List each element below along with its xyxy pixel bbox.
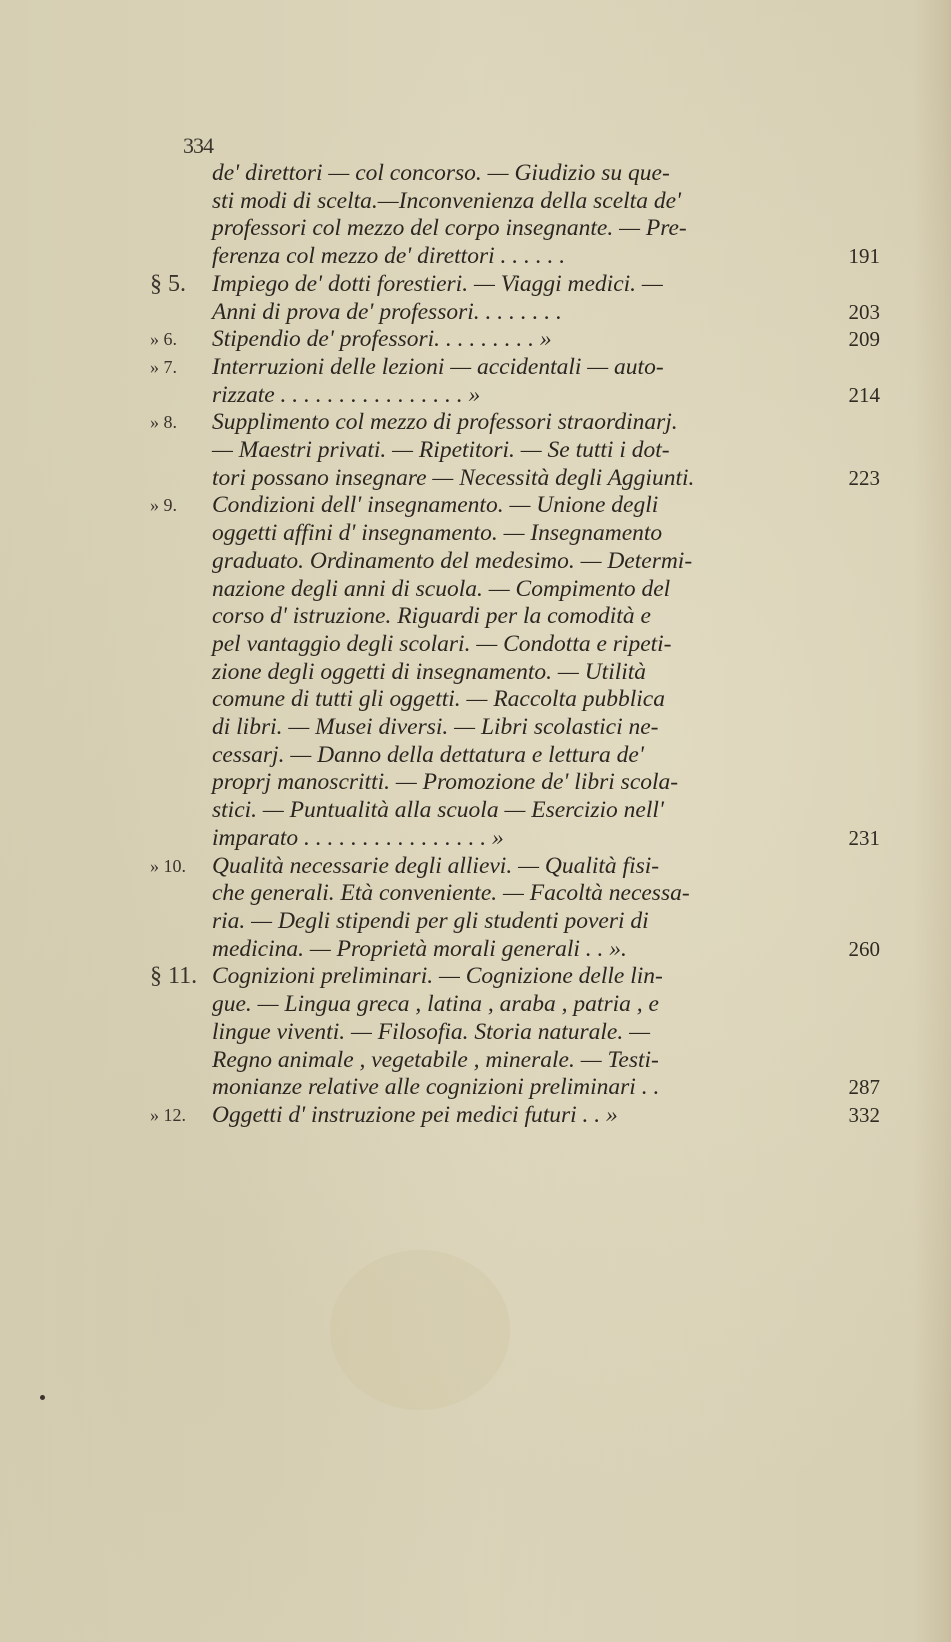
entry-page-ref: 191 bbox=[820, 243, 880, 271]
entry-line: — Maestri privati. — Ripetitori. — Se tu… bbox=[212, 437, 802, 465]
entry-line: stici. — Puntualità alla scuola — Eserci… bbox=[212, 797, 802, 825]
entry-marker: » 7. bbox=[150, 354, 210, 382]
entry-line: corso d' istruzione. Riguardi per la com… bbox=[212, 603, 802, 631]
entry-line: pel vantaggio degli scolari. — Condotta … bbox=[212, 631, 802, 659]
entry-page-ref: 332 bbox=[820, 1102, 880, 1130]
entry-line: Oggetti d' instruzione pei medici futuri… bbox=[212, 1102, 802, 1130]
entry-line: cessarj. — Danno della dettatura e lettu… bbox=[212, 742, 802, 770]
entry-marker: § 11. bbox=[150, 963, 210, 991]
entry-line: professori col mezzo del corpo insegnant… bbox=[212, 215, 802, 243]
entry-line: Supplimento col mezzo di professori stra… bbox=[212, 409, 802, 437]
entry-line: zione degli oggetti di insegnamento. — U… bbox=[212, 659, 802, 687]
paper-stain bbox=[330, 1250, 510, 1410]
toc-entry: » 10. Qualità necessarie degli allievi. … bbox=[150, 853, 880, 964]
entry-page-ref: 209 bbox=[820, 326, 880, 354]
entry-marker: » 10. bbox=[150, 853, 210, 881]
table-of-contents: de' direttori — col concorso. — Giudizio… bbox=[150, 160, 880, 1130]
entry-line: proprj manoscritti. — Promozione de' lib… bbox=[212, 769, 802, 797]
entry-line: Regno animale , vegetabile , minerale. —… bbox=[212, 1047, 802, 1075]
entry-line: sti modi di scelta.—Inconvenienza della … bbox=[212, 188, 802, 216]
entry-line: monianze relative alle cognizioni prelim… bbox=[212, 1074, 802, 1102]
page-number: 334 bbox=[183, 133, 213, 159]
ink-speck bbox=[40, 1395, 45, 1400]
entry-marker: » 6. bbox=[150, 326, 210, 354]
toc-entry: § 5. Impiego de' dotti forestieri. — Via… bbox=[150, 271, 880, 326]
entry-page-ref: 223 bbox=[820, 465, 880, 493]
entry-line: ferenza col mezzo de' direttori . . . . … bbox=[212, 243, 802, 271]
entry-line: tori possano insegnare — Necessità degli… bbox=[212, 465, 802, 493]
entry-line: rizzate . . . . . . . . . . . . . . . . … bbox=[212, 382, 802, 410]
book-page: 334 de' direttori — col concorso. — Giud… bbox=[0, 0, 951, 1642]
entry-page-ref: 231 bbox=[820, 825, 880, 853]
toc-entry: » 8. Supplimento col mezzo di professori… bbox=[150, 409, 880, 492]
entry-line: comune di tutti gli oggetti. — Raccolta … bbox=[212, 686, 802, 714]
entry-line: oggetti affini d' insegnamento. — Insegn… bbox=[212, 520, 802, 548]
entry-line: lingue viventi. — Filosofia. Storia natu… bbox=[212, 1019, 802, 1047]
entry-page-ref: 203 bbox=[820, 299, 880, 327]
entry-line: Anni di prova de' professori. . . . . . … bbox=[212, 299, 802, 327]
entry-marker: » 8. bbox=[150, 409, 210, 437]
entry-line: di libri. — Musei diversi. — Libri scola… bbox=[212, 714, 802, 742]
entry-line: gue. — Lingua greca , latina , araba , p… bbox=[212, 991, 802, 1019]
entry-line: de' direttori — col concorso. — Giudizio… bbox=[212, 160, 802, 188]
entry-line: graduato. Ordinamento del medesimo. — De… bbox=[212, 548, 802, 576]
entry-page-ref: 214 bbox=[820, 382, 880, 410]
entry-marker: § 5. bbox=[150, 271, 210, 299]
entry-line: Condizioni dell' insegnamento. — Unione … bbox=[212, 492, 802, 520]
entry-line: imparato . . . . . . . . . . . . . . . .… bbox=[212, 825, 802, 853]
entry-page-ref: 260 bbox=[820, 936, 880, 964]
entry-line: Impiego de' dotti forestieri. — Viaggi m… bbox=[212, 271, 802, 299]
entry-line: medicina. — Proprietà morali generali . … bbox=[212, 936, 802, 964]
entry-line: Interruzioni delle lezioni — accidentali… bbox=[212, 354, 802, 382]
toc-entry: » 9. Condizioni dell' insegnamento. — Un… bbox=[150, 492, 880, 852]
entry-line: Qualità necessarie degli allievi. — Qual… bbox=[212, 853, 802, 881]
toc-entry: de' direttori — col concorso. — Giudizio… bbox=[150, 160, 880, 271]
toc-entry: » 12. Oggetti d' instruzione pei medici … bbox=[150, 1102, 880, 1130]
entry-line: ria. — Degli stipendi per gli studenti p… bbox=[212, 908, 802, 936]
toc-entry: § 11. Cognizioni preliminari. — Cognizio… bbox=[150, 963, 880, 1102]
entry-page-ref: 287 bbox=[820, 1074, 880, 1102]
entry-marker: » 9. bbox=[150, 492, 210, 520]
entry-marker: » 12. bbox=[150, 1102, 210, 1130]
toc-entry: » 7. Interruzioni delle lezioni — accide… bbox=[150, 354, 880, 409]
entry-line: nazione degli anni di scuola. — Compimen… bbox=[212, 576, 802, 604]
entry-line: che generali. Età conveniente. — Facoltà… bbox=[212, 880, 802, 908]
entry-line: Cognizioni preliminari. — Cognizione del… bbox=[212, 963, 802, 991]
toc-entry: » 6. Stipendio de' professori. . . . . .… bbox=[150, 326, 880, 354]
entry-line: Stipendio de' professori. . . . . . . . … bbox=[212, 326, 802, 354]
